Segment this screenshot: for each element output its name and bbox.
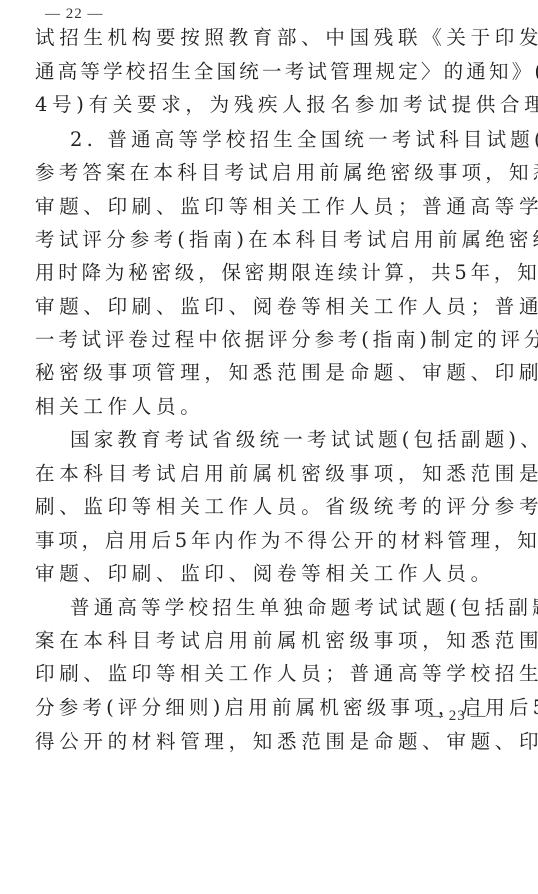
text-line: 通高等学校招生全国统一考试管理规定〉的通知》(教学〔2017〕 — [35, 60, 538, 84]
text-line: 审题、印刷、监印、阅卷等相关工作人员；普通高等学校全国统 — [35, 295, 538, 319]
text-line: 在本科目考试启用前属机密级事项，知悉范围是命题、审题、印 — [35, 462, 538, 486]
text-line: 审题、印刷、监印、阅卷等相关工作人员。 — [35, 562, 495, 586]
text-line: 审题、印刷、监印等相关工作人员；普通高等学校招生全国统一 — [35, 195, 538, 219]
text-line: 考试评分参考(指南)在本科目考试启用前属绝密级事项，自启 — [35, 228, 538, 252]
text-line: 案在本科目考试启用前属机密级事项，知悉范围是命题、审题、 — [35, 629, 538, 653]
text-line: 4号)有关要求，为残疾人报名参加考试提供合理便利。 — [35, 93, 538, 117]
text-line: 事项，启用后5年内作为不得公开的材料管理，知悉范围是命题、 — [35, 529, 538, 553]
text-line: 参考答案在本科目考试启用前属绝密级事项，知悉范围是命题、 — [35, 161, 538, 185]
page-number: — 23 — — [428, 708, 487, 725]
text-line: 一考试评卷过程中依据评分参考(指南)制定的评分细则按国家 — [35, 328, 538, 352]
text-line: 印刷、监印等相关工作人员；普通高等学校招生单独命题考试评 — [35, 662, 538, 686]
text-line: 刷、监印等相关工作人员。省级统考的评分参考启用前属机密级 — [35, 495, 538, 519]
text-line: 试招生机构要按照教育部、中国残联《关于印发〈残疾人参加普 — [35, 26, 538, 50]
text-line: 用时降为秘密级，保密期限连续计算，共5年，知悉范围是命题、 — [35, 261, 538, 285]
page-number: — 22 — — [45, 6, 104, 23]
text-line: 国家教育考试省级统一考试试题(包括副题)、参考答案、 — [70, 428, 538, 452]
text-line: 相关工作人员。 — [35, 395, 204, 419]
text-line: 秘密级事项管理，知悉范围是命题、审题、印刷、监印、阅卷等 — [35, 361, 538, 385]
text-line: 普通高等学校招生单独命题考试试题(包括副题)、参考答 — [70, 596, 538, 620]
text-line: 得公开的材料管理，知悉范围是命题、审题、印刷、监印、阅卷 — [35, 730, 538, 754]
text-line: 2. 普通高等学校招生全国统一考试科目试题(包括副题)、 — [70, 128, 538, 152]
